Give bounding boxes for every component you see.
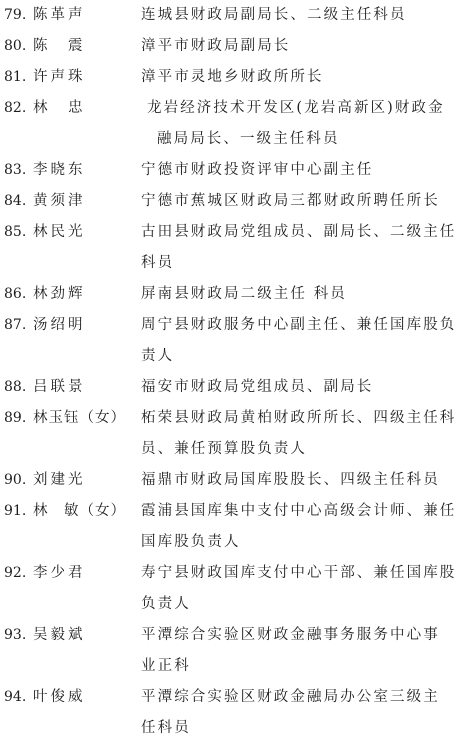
entry-number: 90.	[4, 465, 26, 496]
position-title: 漳平市财政局副局长	[141, 31, 290, 62]
list-item: 92. 李少君 寿宁县财政国库支付中心干部、兼任国库股 负责人	[0, 558, 468, 620]
entry-number: 92.	[4, 558, 26, 589]
list-item: 93. 吴毅斌 平潭综合实验区财政金融事务服务中心事 业正科	[0, 620, 468, 682]
person-name: 陈革声	[33, 0, 86, 31]
entry-number: 85.	[4, 217, 26, 248]
position-title-continued: 任科员	[141, 713, 191, 737]
personnel-list: 79. 陈革声 连城县财政局副局长、二级主任科员 80. 陈 震 漳平市财政局副…	[0, 0, 468, 737]
person-name: 叶俊威	[33, 682, 86, 713]
position-title: 周宁县财政服务中心副主任、兼任国库股负	[141, 310, 456, 341]
position-title: 宁德市财政投资评审中心副主任	[141, 155, 373, 186]
position-title-continued: 员、兼任预算股负责人	[141, 434, 307, 465]
position-title: 龙岩经济技术开发区(龙岩高新区)财政金	[147, 93, 445, 124]
person-name: 林 忠	[33, 93, 86, 124]
position-title: 屏南县财政局二级主任 科员	[141, 279, 347, 310]
position-title: 霞浦县国库集中支付中心高级会计师、兼任	[141, 496, 456, 527]
person-name: 林民光	[33, 217, 86, 248]
person-name: 林劲辉	[33, 279, 86, 310]
entry-number: 87.	[4, 310, 26, 341]
entry-number: 79.	[4, 0, 26, 31]
position-title-continued: 国库股负责人	[141, 527, 241, 558]
person-name: 林玉钰（女）	[33, 403, 126, 434]
position-title: 福安市财政局党组成员、副局长	[141, 372, 373, 403]
position-title: 寿宁县财政国库支付中心干部、兼任国库股	[141, 558, 456, 589]
entry-number: 86.	[4, 279, 26, 310]
entry-number: 84.	[4, 186, 26, 217]
person-name: 刘建光	[33, 465, 86, 496]
list-item: 90. 刘建光 福鼎市财政局国库股股长、四级主任科员	[0, 465, 468, 496]
list-item: 85. 林民光 古田县财政局党组成员、副局长、二级主任 科员	[0, 217, 468, 279]
entry-number: 94.	[4, 682, 26, 713]
list-item: 94. 叶俊威 平潭综合实验区财政金融局办公室三级主 任科员	[0, 682, 468, 737]
person-name: 林 敏（女）	[33, 496, 126, 527]
list-item: 79. 陈革声 连城县财政局副局长、二级主任科员	[0, 0, 468, 31]
entry-number: 88.	[4, 372, 26, 403]
position-title: 福鼎市财政局国库股股长、四级主任科员	[141, 465, 440, 496]
person-name: 李少君	[33, 558, 86, 589]
list-item: 82. 林 忠 龙岩经济技术开发区(龙岩高新区)财政金 融局局长、一级主任科员	[0, 93, 468, 155]
entry-number: 82.	[4, 93, 26, 124]
person-name: 李晓东	[33, 155, 86, 186]
position-title: 漳平市灵地乡财政所所长	[141, 62, 324, 93]
position-title-continued: 融局局长、一级主任科员	[157, 124, 340, 155]
person-name: 吴毅斌	[33, 620, 86, 651]
position-title: 古田县财政局党组成员、副局长、二级主任	[141, 217, 456, 248]
list-item: 86. 林劲辉 屏南县财政局二级主任 科员	[0, 279, 468, 310]
person-name: 许声珠	[33, 62, 86, 93]
position-title: 连城县财政局副局长、二级主任科员	[141, 0, 407, 31]
entry-number: 83.	[4, 155, 26, 186]
position-title: 柘荣县财政局黄柏财政所所长、四级主任科	[141, 403, 456, 434]
entry-number: 93.	[4, 620, 26, 651]
list-item: 88. 吕联景 福安市财政局党组成员、副局长	[0, 372, 468, 403]
position-title: 平潭综合实验区财政金融事务服务中心事	[141, 620, 440, 651]
person-name: 黄须津	[33, 186, 86, 217]
list-item: 91. 林 敏（女） 霞浦县国库集中支付中心高级会计师、兼任 国库股负责人	[0, 496, 468, 558]
entry-number: 80.	[4, 31, 26, 62]
position-title-continued: 科员	[141, 248, 174, 279]
list-item: 80. 陈 震 漳平市财政局副局长	[0, 31, 468, 62]
position-title-continued: 业正科	[141, 651, 191, 682]
person-name: 吕联景	[33, 372, 86, 403]
list-item: 89. 林玉钰（女） 柘荣县财政局黄柏财政所所长、四级主任科 员、兼任预算股负责…	[0, 403, 468, 465]
position-title: 宁德市蕉城区财政局三都财政所聘任所长	[141, 186, 440, 217]
person-name: 陈 震	[33, 31, 86, 62]
list-item: 84. 黄须津 宁德市蕉城区财政局三都财政所聘任所长	[0, 186, 468, 217]
entry-number: 89.	[4, 403, 26, 434]
person-name: 汤绍明	[33, 310, 86, 341]
entry-number: 81.	[4, 62, 26, 93]
list-item: 83. 李晓东 宁德市财政投资评审中心副主任	[0, 155, 468, 186]
list-item: 87. 汤绍明 周宁县财政服务中心副主任、兼任国库股负 责人	[0, 310, 468, 372]
position-title-continued: 负责人	[141, 589, 191, 620]
entry-number: 91.	[4, 496, 26, 527]
position-title: 平潭综合实验区财政金融局办公室三级主	[141, 682, 440, 713]
position-title-continued: 责人	[141, 341, 174, 372]
list-item: 81. 许声珠 漳平市灵地乡财政所所长	[0, 62, 468, 93]
